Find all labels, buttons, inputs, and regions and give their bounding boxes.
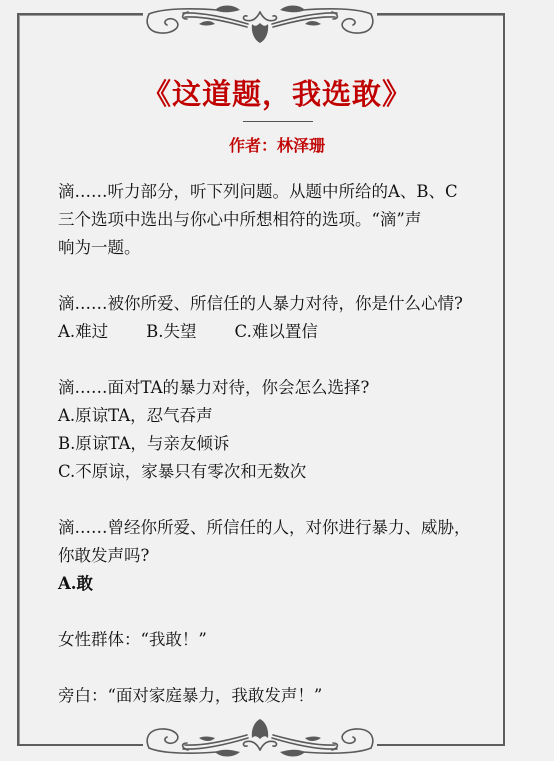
document-body: 滴……听力部分，听下列问题。从题中所给的A、B、C 三个选项中选出与你心中所想相… (58, 178, 508, 710)
title-divider (243, 121, 313, 122)
paragraph-gap (58, 262, 508, 290)
intro-line-2: 三个选项中选出与你心中所想相符的选项。“滴”声 (58, 206, 508, 234)
question-1-options: A.难过B.失望C.难以置信 (58, 318, 508, 346)
floral-flourish-top-icon (143, 0, 377, 46)
question-2-option-a: A.原谅TA，忍气吞声 (58, 402, 508, 430)
narrator-line: 旁白：“面对家庭暴力，我敢发声！” (58, 682, 508, 710)
question-2-option-c: C.不原谅，家暴只有零次和无数次 (58, 458, 508, 486)
question-1-prompt: 滴……被你所爱、所信任的人暴力对待，你是什么心情? (58, 290, 508, 318)
question-1-option-a: A.难过 (58, 322, 108, 341)
question-2-prompt: 滴……面对TA的暴力对待，你会怎么选择? (58, 374, 508, 402)
question-3-prompt-line-1: 滴……曾经你所爱、所信任的人，对你进行暴力、威胁， (58, 514, 508, 542)
question-1-option-b: B.失望 (146, 322, 196, 341)
question-1-option-c: C.难以置信 (235, 322, 318, 341)
question-3-prompt-line-2: 你敢发声吗? (58, 542, 508, 570)
paragraph-gap (58, 486, 508, 514)
paragraph-gap (58, 598, 508, 626)
question-2-option-b: B.原谅TA，与亲友倾诉 (58, 430, 508, 458)
intro-line-1: 滴……听力部分，听下列问题。从题中所给的A、B、C (58, 178, 508, 206)
floral-flourish-bottom-icon (143, 716, 377, 761)
intro-line-3: 响为一题。 (58, 234, 508, 262)
document-title: 《这道题，我选敢》 (0, 74, 554, 114)
paragraph-gap (58, 654, 508, 682)
paragraph-gap (58, 346, 508, 374)
question-3-answer: A.敢 (58, 570, 508, 598)
author-line: 作者：林泽珊 (0, 134, 554, 158)
women-group-line: 女性群体：“我敢！” (58, 626, 508, 654)
